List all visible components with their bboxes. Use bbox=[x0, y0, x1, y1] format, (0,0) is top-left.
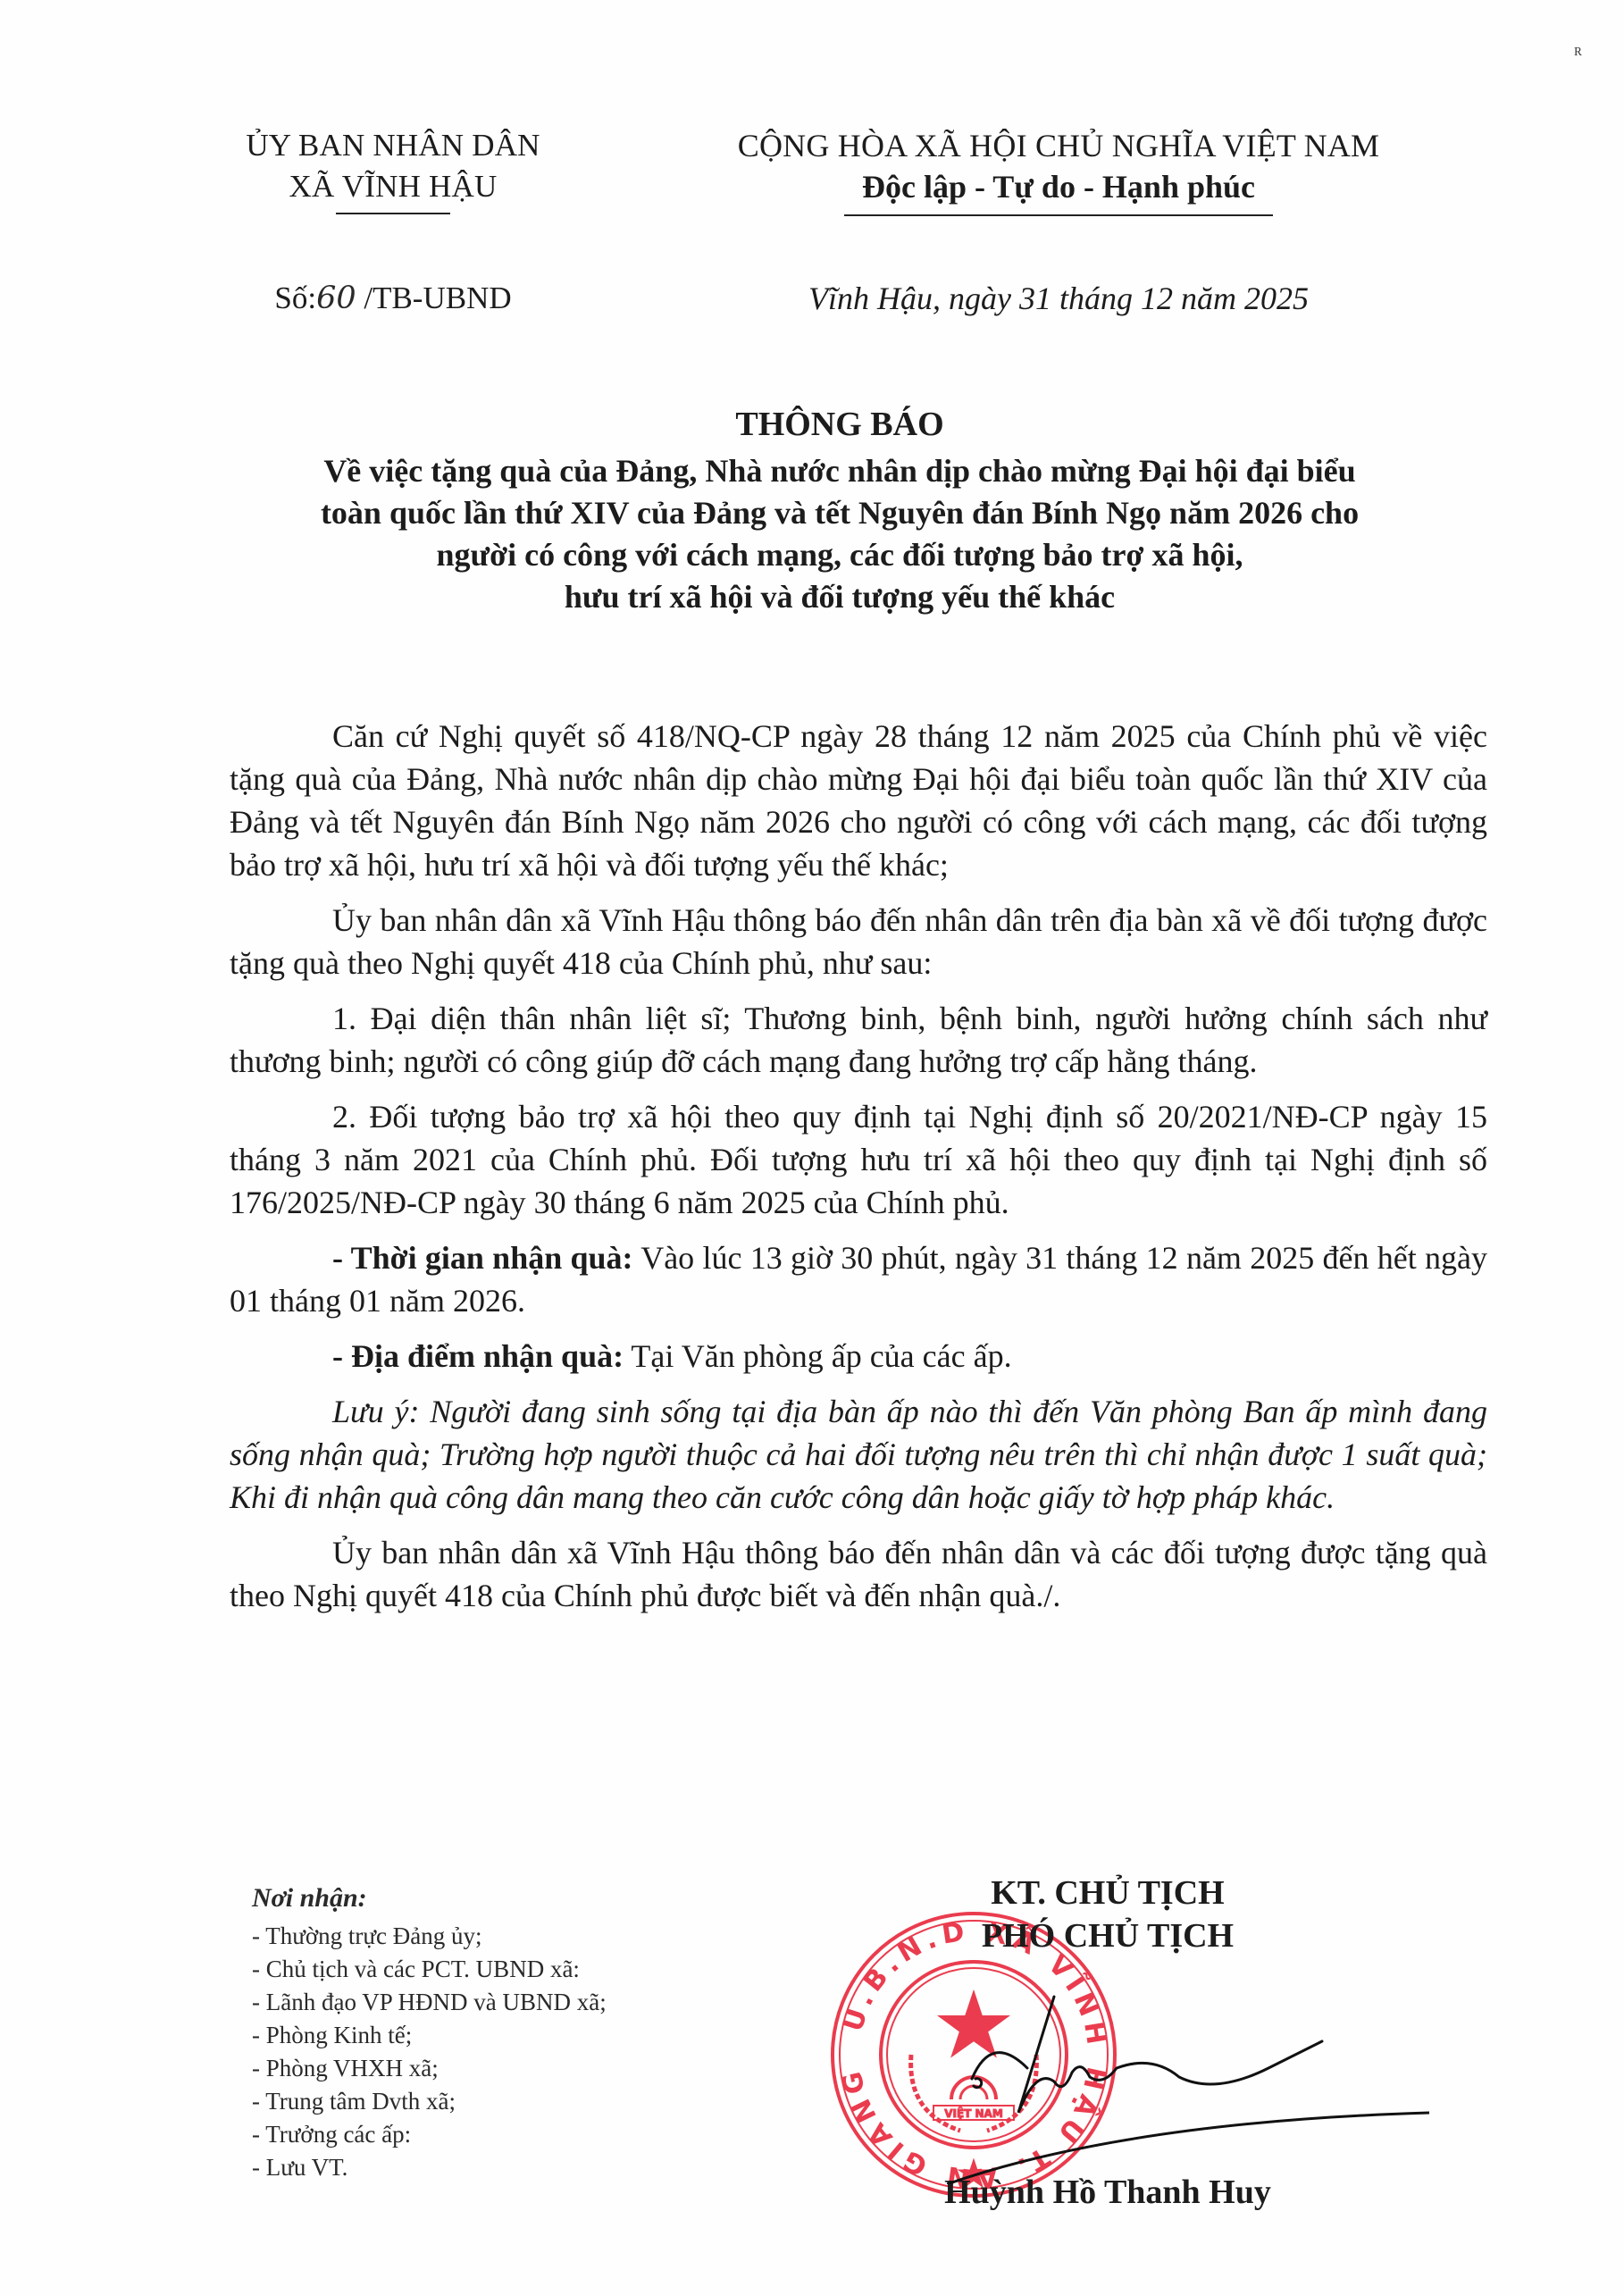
doc-number-suffix: /TB-UBND bbox=[356, 281, 512, 315]
doc-number-prefix: Số: bbox=[274, 281, 316, 315]
national-heading: CỘNG HÒA XÃ HỘI CHỦ NGHĨA VIỆT NAM Độc l… bbox=[688, 125, 1429, 216]
national-motto: Độc lập - Tự do - Hạnh phúc bbox=[688, 166, 1429, 207]
receiving-time-label: - Thời gian nhận quà: bbox=[332, 1240, 633, 1276]
notice-subject-line: người có công với cách mạng, các đối tượ… bbox=[205, 534, 1474, 576]
nation-name: CỘNG HÒA XÃ HỘI CHỦ NGHĨA VIỆT NAM bbox=[688, 125, 1429, 166]
recipient-item: - Phòng VHXH xã; bbox=[252, 2052, 752, 2085]
receiving-place-label: - Địa điểm nhận quà: bbox=[332, 1338, 624, 1374]
authority-commune: XÃ VĨNH HẬU bbox=[201, 166, 585, 207]
authority-underline bbox=[336, 213, 450, 214]
recipient-item: - Thường trực Đảng ủy; bbox=[252, 1920, 752, 1953]
beneficiary-item-2: 2. Đối tượng bảo trợ xã hội theo quy địn… bbox=[230, 1095, 1487, 1224]
document-page: ỦY BAN NHÂN DÂN XÃ VĨNH HẬU CỘNG HÒA XÃ … bbox=[0, 0, 1624, 2295]
place-and-date: Vĩnh Hậu, ngày 31 tháng 12 năm 2025 bbox=[688, 279, 1429, 318]
notice-subject-line: hưu trí xã hội và đối tượng yếu thế khác bbox=[205, 576, 1474, 618]
motto-underline bbox=[844, 214, 1273, 216]
notice-subject-line: toàn quốc lần thứ XIV của Đảng và tết Ng… bbox=[205, 492, 1474, 534]
legal-basis-paragraph: Căn cứ Nghị quyết số 418/NQ-CP ngày 28 t… bbox=[230, 715, 1487, 886]
notice-subject-line: Về việc tặng quà của Đảng, Nhà nước nhân… bbox=[205, 450, 1474, 492]
receiving-time: - Thời gian nhận quà: Vào lúc 13 giờ 30 … bbox=[230, 1236, 1487, 1322]
signature-block: KT. CHỦ TỊCH PHÓ CHỦ TỊCH Huỳnh Hồ Thanh… bbox=[875, 1872, 1340, 1957]
recipient-item: - Lưu VT. bbox=[252, 2151, 752, 2184]
issuing-authority: ỦY BAN NHÂN DÂN XÃ VĨNH HẬU bbox=[201, 125, 585, 214]
doc-number-handwritten: 60 bbox=[316, 281, 356, 316]
recipient-item: - Trung tâm Dvth xã; bbox=[252, 2085, 752, 2118]
recipient-item: - Chủ tịch và các PCT. UBND xã: bbox=[252, 1953, 752, 1986]
signatory-capacity: KT. CHỦ TỊCH bbox=[875, 1872, 1340, 1914]
recipient-item: - Phòng Kinh tế; bbox=[252, 2019, 752, 2052]
receiving-place: - Địa điểm nhận quà: Tại Văn phòng ấp củ… bbox=[230, 1335, 1487, 1378]
notice-body: Căn cứ Nghị quyết số 418/NQ-CP ngày 28 t… bbox=[230, 715, 1487, 1629]
recipient-item: - Trưởng các ấp: bbox=[252, 2118, 752, 2151]
handwritten-signature-icon bbox=[947, 1979, 1429, 2184]
note-paragraph: Lưu ý: Người đang sinh sống tại địa bàn … bbox=[230, 1390, 1487, 1519]
recipient-item: - Lãnh đạo VP HĐND và UBND xã; bbox=[252, 1986, 752, 2019]
closing-paragraph: Ủy ban nhân dân xã Vĩnh Hậu thông báo đế… bbox=[230, 1531, 1487, 1617]
beneficiary-item-1: 1. Đại diện thân nhân liệt sĩ; Thương bi… bbox=[230, 997, 1487, 1083]
signatory-position: PHÓ CHỦ TỊCH bbox=[875, 1914, 1340, 1957]
notice-heading: THÔNG BÁO bbox=[205, 402, 1474, 447]
document-number: Số:60 /TB-UBND bbox=[201, 279, 585, 318]
notice-title-block: THÔNG BÁO Về việc tặng quà của Đảng, Nhà… bbox=[205, 402, 1474, 618]
announcement-paragraph: Ủy ban nhân dân xã Vĩnh Hậu thông báo đế… bbox=[230, 899, 1487, 984]
receiving-place-value: Tại Văn phòng ấp của các ấp. bbox=[624, 1338, 1012, 1374]
recipients-title: Nơi nhận: bbox=[252, 1880, 752, 1916]
scan-mark: ᴿ bbox=[1574, 43, 1582, 66]
authority-name: ỦY BAN NHÂN DÂN bbox=[201, 125, 585, 166]
recipients-list: Nơi nhận: - Thường trực Đảng ủy;- Chủ tị… bbox=[252, 1880, 752, 2184]
recipients-items: - Thường trực Đảng ủy;- Chủ tịch và các … bbox=[252, 1920, 752, 2184]
